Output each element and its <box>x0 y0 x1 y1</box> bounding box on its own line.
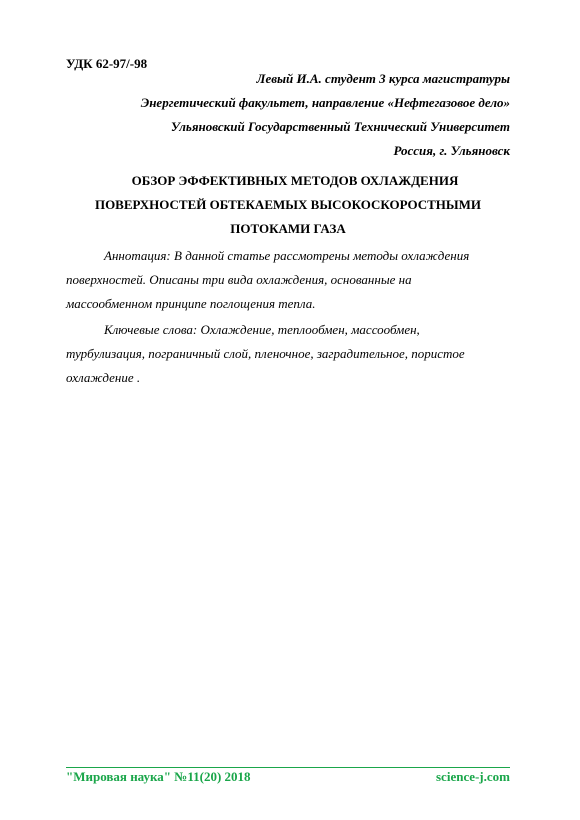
footer-journal: "Мировая наука" №11(20) 2018 <box>66 769 251 785</box>
keywords-line: охлаждение . <box>66 366 510 390</box>
author-faculty-line: Энергетический факультет, направление «Н… <box>141 95 510 119</box>
article-title: ОБЗОР ЭФФЕКТИВНЫХ МЕТОДОВ ОХЛАЖДЕНИЯ ПОВ… <box>66 169 510 241</box>
annotation-line: массообменном принципе поглощения тепла. <box>66 292 510 316</box>
title-line: ПОТОКАМИ ГАЗА <box>66 217 510 241</box>
title-line: ПОВЕРХНОСТЕЙ ОБТЕКАЕМЫХ ВЫСОКОСКОРОСТНЫМ… <box>66 193 510 217</box>
annotation-paragraph: Аннотация: В данной статье рассмотрены м… <box>66 244 510 316</box>
keywords-paragraph: Ключевые слова: Охлаждение, теплообмен, … <box>66 318 510 390</box>
author-location-line: Россия, г. Ульяновск <box>141 143 510 167</box>
author-university-line: Ульяновский Государственный Технический … <box>141 119 510 143</box>
udk-code: УДК 62-97/-98 <box>66 56 147 72</box>
footer-divider <box>66 767 510 768</box>
annotation-line: поверхностей. Описаны три вида охлаждени… <box>66 268 510 292</box>
author-block: Левый И.А. студент 3 курса магистратуры … <box>141 71 510 167</box>
document-page: УДК 62-97/-98 Левый И.А. студент 3 курса… <box>0 0 580 820</box>
author-name-line: Левый И.А. студент 3 курса магистратуры <box>141 71 510 95</box>
annotation-line: Аннотация: В данной статье рассмотрены м… <box>66 244 510 268</box>
keywords-line: Ключевые слова: Охлаждение, теплообмен, … <box>66 318 510 342</box>
keywords-line: турбулизация, пограничный слой, пленочно… <box>66 342 510 366</box>
page-footer: "Мировая наука" №11(20) 2018 science-j.c… <box>66 769 510 785</box>
title-line: ОБЗОР ЭФФЕКТИВНЫХ МЕТОДОВ ОХЛАЖДЕНИЯ <box>66 169 510 193</box>
footer-site-link[interactable]: science-j.com <box>436 769 510 785</box>
